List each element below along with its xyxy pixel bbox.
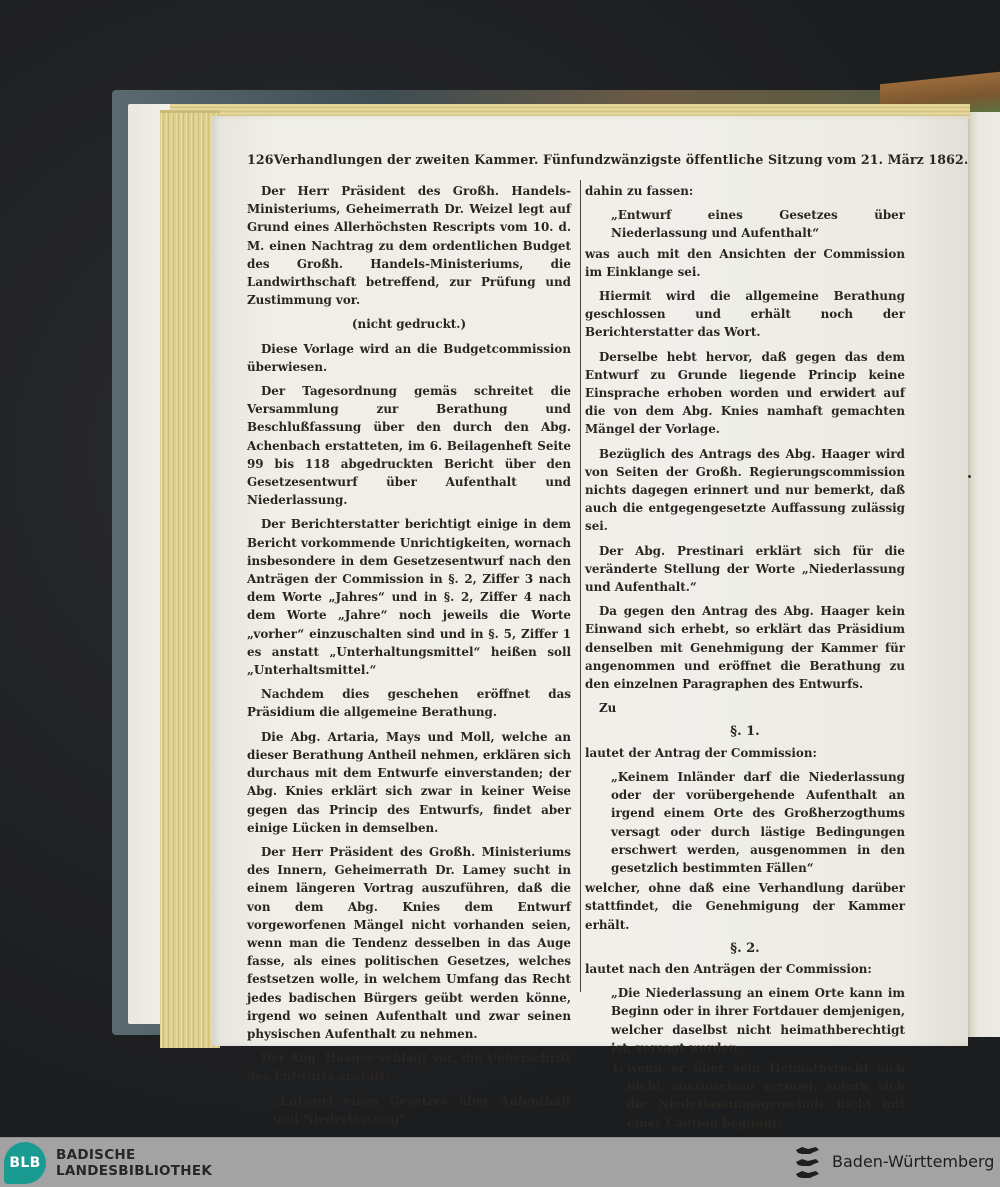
section-heading-1: §. 1. (585, 723, 905, 741)
list-item: 1. wenn er über sein Heimathsrecht sich … (611, 1059, 905, 1132)
gilt-page-stack (160, 110, 220, 1048)
paragraph: dahin zu fassen: (585, 182, 905, 200)
next-page-edge (968, 112, 1000, 1037)
paragraph: Der Herr Präsident des Großh. Handels-Mi… (247, 182, 571, 309)
paragraph: Der Abg. Prestinari erklärt sich für die… (585, 542, 905, 597)
left-column: Der Herr Präsident des Großh. Handels-Mi… (247, 182, 571, 1130)
right-column: dahin zu fassen: „Entwurf eines Gesetzes… (585, 182, 905, 1137)
column-divider (580, 180, 581, 992)
ink-spot (968, 475, 971, 478)
paragraph: Da gegen den Antrag des Abg. Haager kein… (585, 602, 905, 693)
scan-viewport: 126 Verhandlungen der zweiten Kammer. Fü… (0, 0, 1000, 1137)
paragraph: Die Abg. Artaria, Mays und Moll, welche … (247, 728, 571, 837)
page-number: 126 (247, 152, 274, 167)
paragraph: Zu (585, 699, 905, 717)
section-intro: lautet der Antrag der Commission: (585, 744, 905, 762)
paragraph: Der Abg. Haager schlägt vor, die Uebersc… (247, 1049, 571, 1085)
quoted-title: „Entwurf eines Gesetzes über Aufenthalt … (247, 1092, 571, 1128)
section-quote: „Die Niederlassung an einem Orte kann im… (585, 984, 905, 1057)
paragraph: Bezüglich des Antrags des Abg. Haager wi… (585, 445, 905, 536)
footer-bar: BLB BADISCHE LANDESBIBLIOTHEK Baden-Würt… (0, 1137, 1000, 1187)
paragraph: Der Berichterstatter berichtigt einige i… (247, 515, 571, 679)
section-intro: lautet nach den Anträgen der Commission: (585, 960, 905, 978)
numbered-list: 1. wenn er über sein Heimathsrecht sich … (585, 1059, 905, 1137)
state-name[interactable]: Baden-Württemberg (832, 1152, 994, 1171)
paragraph: Der Tagesordnung gemäs schreitet die Ver… (247, 382, 571, 509)
running-header: 126 Verhandlungen der zweiten Kammer. Fü… (247, 152, 862, 170)
paragraph: Nachdem dies geschehen eröffnet das Präs… (247, 685, 571, 721)
paragraph: was auch mit den Ansichten der Commissio… (585, 245, 905, 281)
paragraph: Der Herr Präsident des Großh. Ministeriu… (247, 843, 571, 1043)
running-title: Verhandlungen der zweiten Kammer. Fünfun… (274, 152, 969, 167)
section-heading-2: §. 2. (585, 940, 905, 958)
blb-logo[interactable]: BLB (4, 1142, 46, 1184)
paragraph: welcher, ohne daß eine Verhandlung darüb… (585, 879, 905, 934)
paragraph: Derselbe hebt hervor, daß gegen das dem … (585, 348, 905, 439)
paragraph: Hiermit wird die allgemeine Berathung ge… (585, 287, 905, 342)
section-quote: „Keinem Inländer darf die Niederlassung … (585, 768, 905, 877)
lions-coat-of-arms-icon (792, 1144, 822, 1184)
library-name[interactable]: BADISCHE LANDESBIBLIOTHEK (56, 1147, 212, 1179)
paragraph: Diese Vorlage wird an die Budgetcommissi… (247, 340, 571, 376)
quoted-title: „Entwurf eines Gesetzes über Niederlassu… (585, 206, 905, 242)
paragraph-note: (nicht gedruckt.) (247, 315, 571, 333)
